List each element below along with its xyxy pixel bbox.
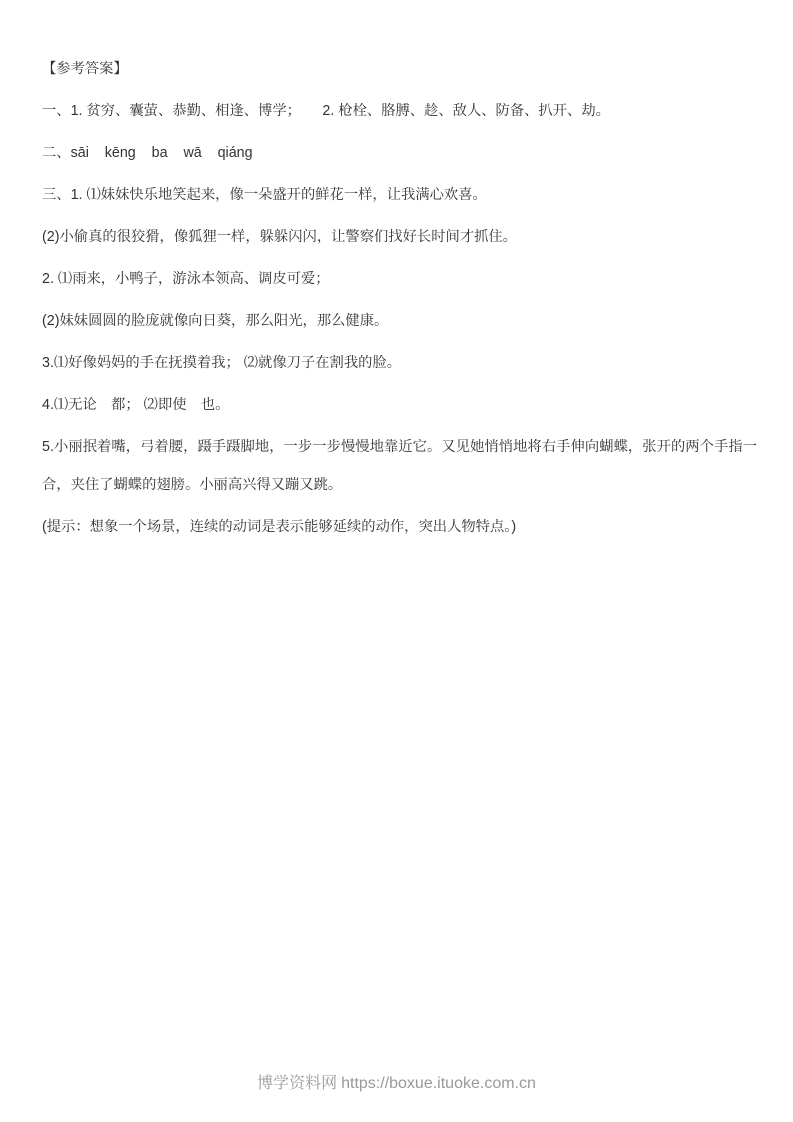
answer-line-8: 4.⑴无论 都； ⑵即使 也。 <box>42 386 757 424</box>
page-footer: 博学资料网https://boxue.ituoke.com.cn <box>0 1070 793 1093</box>
answer-line-2-pinyin: 二、sāi kēng ba wā qiáng <box>42 134 757 172</box>
answers-section: 【参考答案】 一、1. 贫穷、囊萤、恭勤、相逢、博学； 2. 枪栓、胳膊、趁、敌… <box>42 50 757 550</box>
answer-line-1: 一、1. 贫穷、囊萤、恭勤、相逢、博学； 2. 枪栓、胳膊、趁、敌人、防备、扒开… <box>42 92 757 130</box>
answer-line-5: 2. ⑴雨来，小鸭子，游泳本领高、调皮可爱； <box>42 260 757 298</box>
answer-line-3: 三、1. ⑴妹妹快乐地笑起来，像一朵盛开的鲜花一样，让我满心欢喜。 <box>42 176 757 214</box>
answer-line-6: (2)妹妹圆圆的脸庞就像向日葵，那么阳光，那么健康。 <box>42 302 757 340</box>
footer-url-link[interactable]: https://boxue.ituoke.com.cn <box>341 1075 536 1092</box>
answer-line-7: 3.⑴好像妈妈的手在抚摸着我； ⑵就像刀子在割我的脸。 <box>42 344 757 382</box>
answer-line-10-hint: (提示：想象一个场景，连续的动词是表示能够延续的动作，突出人物特点。) <box>42 508 757 546</box>
answer-line-9: 5.小丽抿着嘴，弓着腰，蹑手蹑脚地，一步一步慢慢地靠近它。又见她悄悄地将右手伸向… <box>42 428 757 504</box>
answer-line-4: (2)小偷真的很狡猾，像狐狸一样，躲躲闪闪，让警察们找好长时间才抓住。 <box>42 218 757 256</box>
footer-site-name: 博学资料网 <box>257 1075 337 1092</box>
answer-key-title: 【参考答案】 <box>42 50 757 88</box>
